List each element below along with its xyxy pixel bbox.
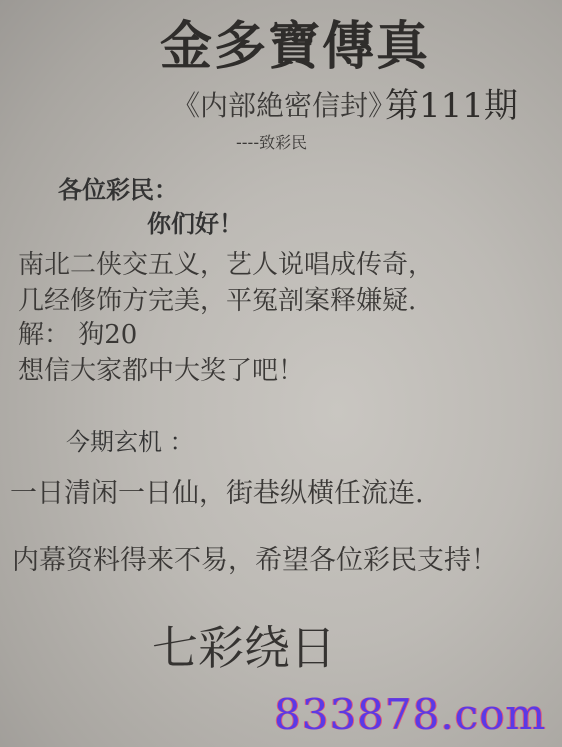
poem-line: 南北二侠交五义，艺人说唱成传奇， — [18, 244, 434, 281]
poem-answer: 解： 狗20 — [18, 314, 137, 351]
support-message: 内幕资料得来不易，希望各位彩民支持！ — [12, 538, 498, 577]
page-title: 金多寶傳真 — [160, 4, 430, 79]
document-subtitle: 《内部絶密信封》 — [172, 84, 396, 124]
signature: ----致彩民 — [236, 130, 307, 153]
website-watermark: 833878.com — [274, 690, 546, 739]
issue-number: 第111期 — [385, 78, 518, 127]
mystery-hint: 七彩绕日 — [152, 612, 336, 678]
greeting-hello: 你们好！ — [147, 204, 243, 239]
mystery-label: 今期玄机 ： — [66, 422, 194, 457]
mystery-riddle: 一日清闲一日仙，街巷纵横任流连. — [10, 471, 424, 510]
poem-line: 几经修饰方完美，平冤剖案释嫌疑. — [18, 280, 416, 317]
greeting-salutation: 各位彩民： — [58, 170, 178, 205]
poem-line: 想信大家都中大奖了吧！ — [18, 350, 304, 387]
